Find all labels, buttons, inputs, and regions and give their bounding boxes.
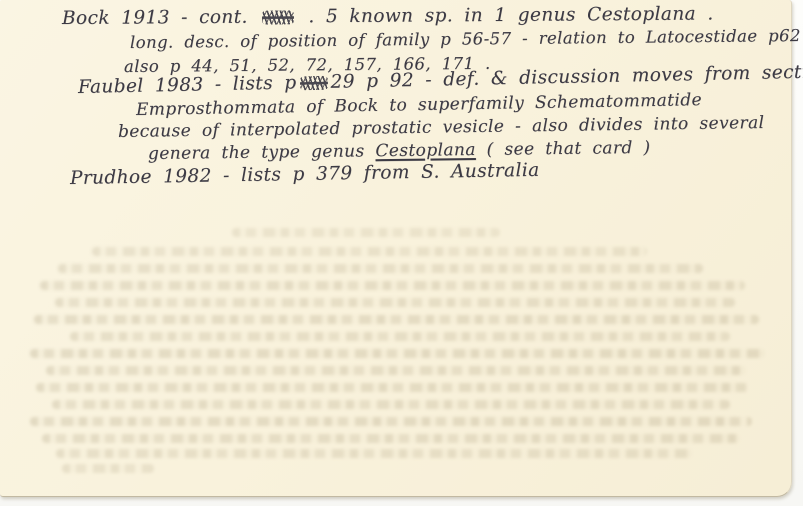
scan-backdrop: Bock 1913 - cont. . 5 known sp. in 1 gen… (0, 0, 803, 506)
handwritten-line-7: genera the type genus Cestoplana ( see t… (148, 138, 651, 164)
bleedthrough-ink-line (52, 400, 730, 409)
bleedthrough-ink-line (92, 247, 647, 256)
underlined-genus-name: Cestoplana (375, 140, 476, 161)
handwritten-text: long. desc. of position of family p 56-5… (130, 26, 801, 52)
handwritten-line-2: long. desc. of position of family p 56-5… (130, 26, 801, 52)
scratched-out-word (299, 76, 327, 91)
bleedthrough-ink-line (30, 349, 765, 358)
bleedthrough-ink-line (34, 315, 759, 324)
bleedthrough-ink-line (232, 228, 500, 237)
bleedthrough-ink-line (36, 383, 748, 392)
index-card: Bock 1913 - cont. . 5 known sp. in 1 gen… (0, 0, 792, 497)
bleedthrough-ink-line (55, 298, 735, 307)
handwritten-line-8: Prudhoe 1982 - lists p 379 from S. Austr… (70, 160, 540, 189)
bleedthrough-ink-line (56, 449, 692, 458)
bleedthrough-ink-line (40, 281, 745, 290)
handwritten-text: genera the type genus (148, 141, 376, 164)
handwritten-text: . 5 known sp. in 1 genus Cestoplana . (297, 3, 714, 27)
bleedthrough-ink-line (62, 464, 154, 473)
handwritten-line-1: Bock 1913 - cont. . 5 known sp. in 1 gen… (62, 3, 714, 29)
bleedthrough-ink-line (46, 366, 746, 375)
handwritten-text: Prudhoe 1982 - lists p 379 from S. Austr… (70, 160, 540, 189)
bleedthrough-ink-line (42, 434, 740, 443)
bleedthrough-ink-line (70, 332, 730, 341)
handwritten-text: ( see that card ) (476, 138, 651, 160)
handwritten-text: Faubel 1983 - lists p (78, 72, 297, 98)
handwritten-text: Bock 1913 - cont. (62, 7, 259, 29)
scratched-out-word (262, 10, 294, 24)
bleedthrough-ink-line (30, 417, 752, 426)
bleedthrough-ink-line (58, 264, 703, 273)
